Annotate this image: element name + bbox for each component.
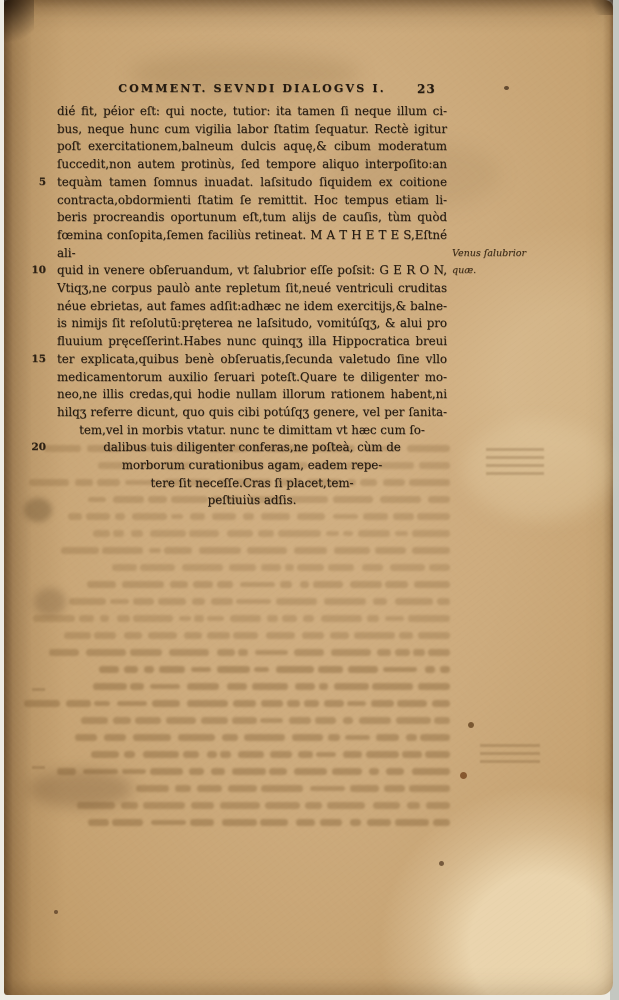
text-line: tequàm tamen ſomnus inuadat. laſsitudo ſ… (57, 174, 447, 192)
text-line: fœmina conſopita,ſemen faciliùs retineat… (57, 227, 447, 262)
text-block: dié fit, péior eſt: qui nocte, tutior: i… (57, 103, 447, 510)
text-line: dalibus tuis diligenter conferas,ne poſt… (57, 439, 447, 457)
verso-bleedthrough-line-number (32, 766, 45, 774)
text-line: néue ebrietas, aut fames adſit:adhæc ne … (57, 298, 447, 316)
page-number: 23 (417, 82, 436, 96)
text-line: contracta,obdormienti ſtatim ſe remittit… (57, 192, 447, 210)
line-number: 5 (30, 176, 46, 188)
text-line: tem,vel in morbis vtatur. nunc te dimitt… (57, 422, 447, 440)
text-line: quid in venere obſeruandum, vt ſalubrior… (57, 262, 447, 280)
text-line: poſt exercitationem,balneum dulcis aquę,… (57, 138, 447, 156)
text-line: is nimijs ſit reſolutū:pręterea ne laſsi… (57, 315, 447, 333)
text-line: ſuccedit,non autem protinùs, ſed tempore… (57, 156, 447, 174)
margin-note: Venus ſalubrior (452, 248, 570, 259)
verso-bleedthrough-line-number (32, 688, 45, 696)
book-page-scan: COMMENT. SEVNDI DIALOGVS I. 23 dié fit, … (0, 0, 619, 1000)
running-header: COMMENT. SEVNDI DIALOGVS I. (57, 82, 465, 95)
text-line: morborum curationibus agam, eadem repe- (57, 457, 447, 475)
text-line: bus, neque hunc cum vigilia labor ſtatim… (57, 121, 447, 139)
line-number: 15 (30, 353, 46, 365)
text-line: dié fit, péior eſt: qui nocte, tutior: i… (57, 103, 447, 121)
text-line: fluuium pręceſſerint.Habes nunc quinqʒ i… (57, 333, 447, 351)
text-line: hilqʒ referre dicunt, quo quis cibi potú… (57, 404, 447, 422)
text-line: beris procreandis oportunum eſt,tum alij… (57, 209, 447, 227)
line-number: 10 (30, 264, 46, 276)
page-edge-mark (587, 0, 613, 15)
line-number: 20 (30, 441, 46, 453)
verso-bleedthrough-margin-note (486, 448, 544, 475)
text-line: neo,ne illis credas,qui hodie nullam ill… (57, 386, 447, 404)
margin-note: quæ. (452, 265, 570, 276)
text-line: Vtiqʒ,ne corpus paulò ante repletum ſit,… (57, 280, 447, 298)
text-line: medicamentorum auxilio ſeruari poteſt.Qu… (57, 369, 447, 387)
text-line: tere ſit neceſſe.Cras ſi placet,tem- (57, 475, 447, 493)
binding-shadow-corner (4, 0, 34, 52)
verso-bleedthrough-margin-note (480, 744, 540, 766)
text-line: peſtiuiùs adſis. (57, 492, 447, 510)
text-line: ter explicata,quibus benè obſeruatis,ſec… (57, 351, 447, 369)
